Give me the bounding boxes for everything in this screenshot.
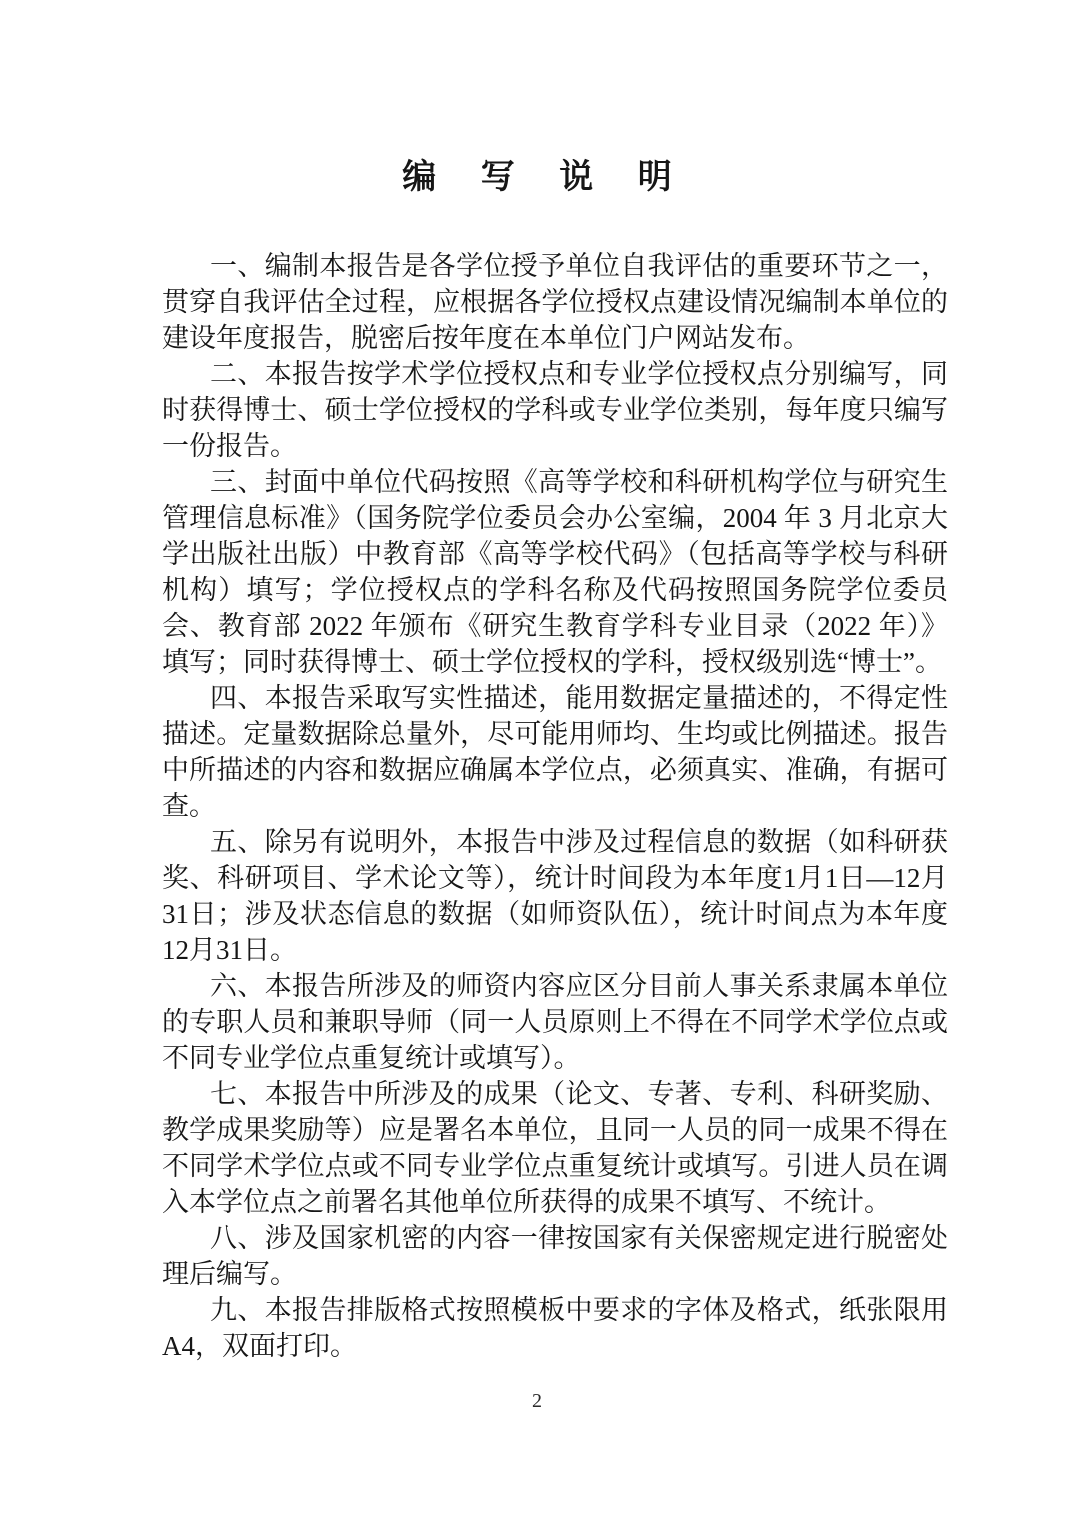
paragraph-4: 四、本报告采取写实性描述，能用数据定量描述的，不得定性描述。定量数据除总量外，尽… (162, 680, 948, 824)
paragraph-7: 七、本报告中所涉及的成果（论文、专著、专利、科研奖励、教学成果奖励等）应是署名本… (162, 1076, 948, 1220)
paragraph-1: 一、编制本报告是各学位授予单位自我评估的重要环节之一，贯穿自我评估全过程，应根据… (162, 248, 948, 356)
document-title: 编 写 说 明 (0, 155, 1074, 201)
paragraph-9: 九、本报告排版格式按照模板中要求的字体及格式，纸张限用A4，双面打印。 (162, 1292, 948, 1364)
paragraph-6: 六、本报告所涉及的师资内容应区分目前人事关系隶属本单位的专职人员和兼职导师（同一… (162, 968, 948, 1076)
paragraph-5: 五、除另有说明外，本报告中涉及过程信息的数据（如科研获奖、科研项目、学术论文等）… (162, 824, 948, 968)
paragraph-8: 八、涉及国家机密的内容一律按国家有关保密规定进行脱密处理后编写。 (162, 1220, 948, 1292)
page-number: 2 (0, 1388, 1074, 1414)
document-body: 一、编制本报告是各学位授予单位自我评估的重要环节之一，贯穿自我评估全过程，应根据… (162, 248, 948, 1364)
document-page: 编 写 说 明 一、编制本报告是各学位授予单位自我评估的重要环节之一，贯穿自我评… (0, 0, 1074, 1520)
paragraph-2: 二、本报告按学术学位授权点和专业学位授权点分别编写，同时获得博士、硕士学位授权的… (162, 356, 948, 464)
paragraph-3: 三、封面中单位代码按照《高等学校和科研机构学位与研究生管理信息标准》（国务院学位… (162, 464, 948, 680)
